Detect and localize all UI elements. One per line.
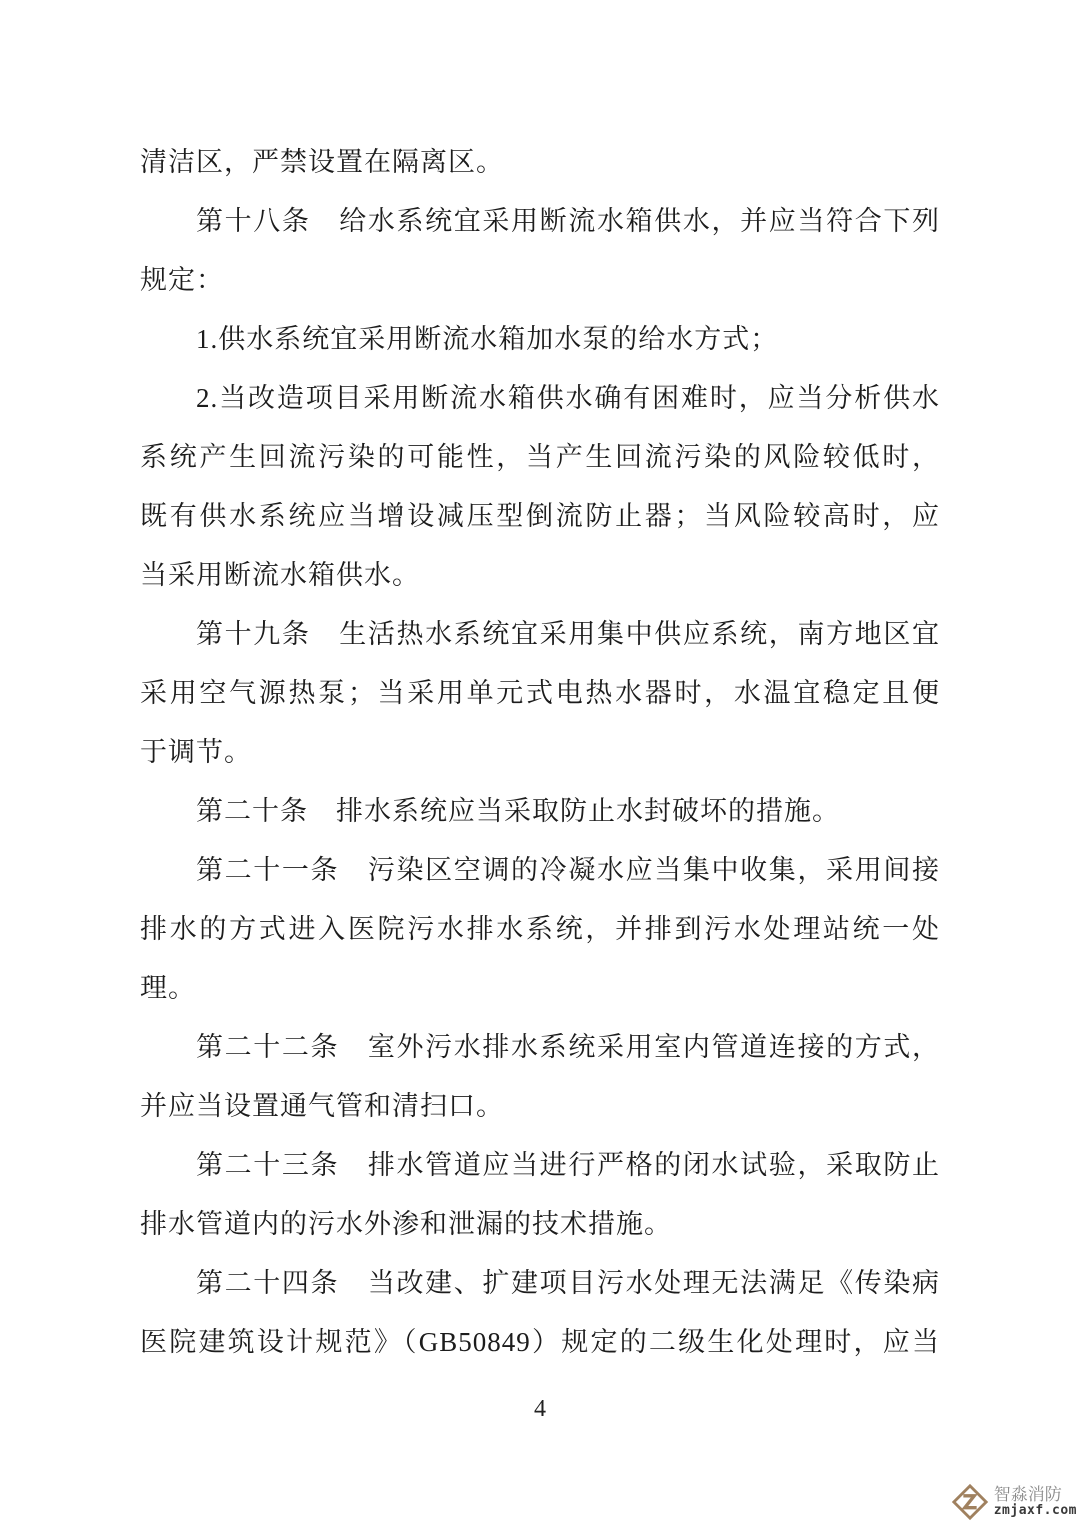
document-text-block: 清洁区，严禁设置在隔离区。第十八条 给水系统宜采用断流水箱供水，并应当符合下列规… [140,133,940,1372]
watermark-brand-url: zmjaxf.com [994,1504,1077,1518]
text-line: 规定： [140,251,940,310]
text-line: 系统产生回流污染的可能性，当产生回流污染的风险较低时， [140,428,940,487]
text-line: 理。 [140,959,940,1018]
text-line: 排水管道内的污水外渗和泄漏的技术措施。 [140,1195,940,1254]
text-line: 1.供水系统宜采用断流水箱加水泵的给水方式； [140,310,940,369]
watermark: 智淼消防 zmjaxf.com [951,1483,1077,1521]
diamond-z-logo-icon [951,1483,989,1521]
watermark-text: 智淼消防 zmjaxf.com [994,1486,1077,1517]
text-line: 排水的方式进入医院污水排水系统，并排到污水处理站统一处 [140,900,940,959]
text-line: 于调节。 [140,723,940,782]
text-line: 采用空气源热泵；当采用单元式电热水器时，水温宜稳定且便 [140,664,940,723]
text-line: 医院建筑设计规范》（GB50849）规定的二级生化处理时，应当 [140,1313,940,1372]
text-line: 第十八条 给水系统宜采用断流水箱供水，并应当符合下列 [140,192,940,251]
text-line: 既有供水系统应当增设减压型倒流防止器；当风险较高时，应 [140,487,940,546]
text-line: 并应当设置通气管和清扫口。 [140,1077,940,1136]
text-line: 2.当改造项目采用断流水箱供水确有困难时，应当分析供水 [140,369,940,428]
text-line: 第二十一条 污染区空调的冷凝水应当集中收集，采用间接 [140,841,940,900]
text-line: 第二十条 排水系统应当采取防止水封破坏的措施。 [140,782,940,841]
text-line: 第二十三条 排水管道应当进行严格的闭水试验，采取防止 [140,1136,940,1195]
text-line: 第十九条 生活热水系统宜采用集中供应系统，南方地区宜 [140,605,940,664]
text-line: 清洁区，严禁设置在隔离区。 [140,133,940,192]
watermark-brand-name: 智淼消防 [994,1486,1077,1504]
page-number: 4 [0,1396,1080,1423]
text-line: 当采用断流水箱供水。 [140,546,940,605]
text-line: 第二十二条 室外污水排水系统采用室内管道连接的方式， [140,1018,940,1077]
document-page: 清洁区，严禁设置在隔离区。第十八条 给水系统宜采用断流水箱供水，并应当符合下列规… [0,0,1080,1526]
text-line: 第二十四条 当改建、扩建项目污水处理无法满足《传染病 [140,1254,940,1313]
